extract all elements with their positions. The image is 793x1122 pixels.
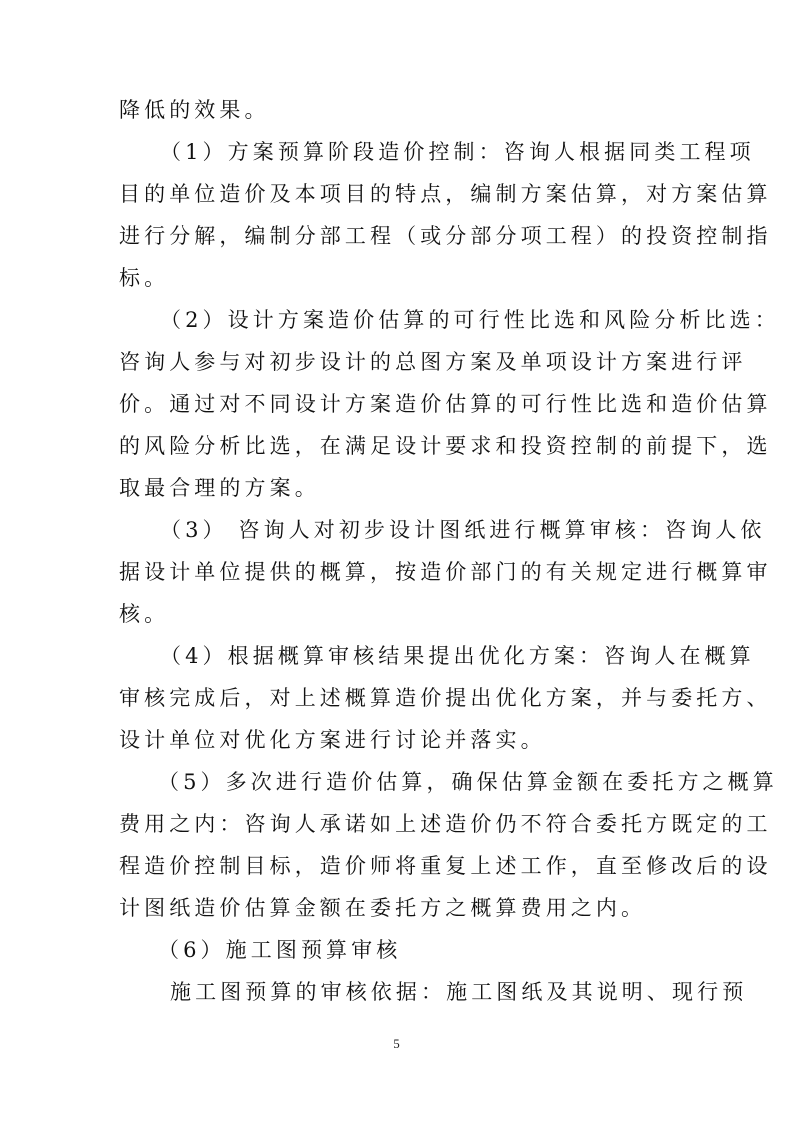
text-line: 取最合理的方案。 bbox=[119, 474, 679, 502]
paragraph-1-heading: （1）方案预算阶段造价控制：咨询人根据同类工程项 bbox=[160, 138, 720, 166]
text-line: 费用之内：咨询人承诺如上述造价仍不符合委托方既定的工 bbox=[119, 810, 679, 838]
paragraph-2-heading: （2）设计方案造价估算的可行性比选和风险分析比选： bbox=[160, 306, 720, 334]
page-number: 5 bbox=[0, 1036, 793, 1052]
text-line: 审核完成后，对上述概算造价提出优化方案，并与委托方、 bbox=[119, 684, 679, 712]
text-line: 进行分解，编制分部工程（或分部分项工程）的投资控制指 bbox=[119, 222, 679, 250]
paragraph-5-heading: （5）多次进行造价估算，确保估算金额在委托方之概算 bbox=[158, 768, 718, 796]
text-line: 设计单位对优化方案进行讨论并落实。 bbox=[119, 726, 679, 754]
paragraph-3-heading: （3） 咨询人对初步设计图纸进行概算审核：咨询人依 bbox=[160, 516, 720, 544]
text-line: 据设计单位提供的概算，按造价部门的有关规定进行概算审 bbox=[119, 558, 679, 586]
text-line: 价。通过对不同设计方案造价估算的可行性比选和造价估算 bbox=[119, 390, 679, 418]
text-line: 的风险分析比选，在满足设计要求和投资控制的前提下，选 bbox=[119, 432, 679, 460]
document-page: 降低的效果。 （1）方案预算阶段造价控制：咨询人根据同类工程项 目的单位造价及本… bbox=[0, 0, 793, 1122]
text-line: 程造价控制目标，造价师将重复上述工作，直至修改后的设 bbox=[119, 852, 679, 880]
text-line: 降低的效果。 bbox=[119, 96, 679, 124]
text-line: 标。 bbox=[119, 264, 679, 292]
paragraph-6-heading: （6）施工图预算审核 bbox=[158, 936, 718, 964]
text-line: 计图纸造价估算金额在委托方之概算费用之内。 bbox=[119, 894, 679, 922]
paragraph-4-heading: （4）根据概算审核结果提出优化方案：咨询人在概算 bbox=[160, 642, 720, 670]
text-line: 咨询人参与对初步设计的总图方案及单项设计方案进行评 bbox=[119, 348, 679, 376]
text-line: 核。 bbox=[119, 600, 679, 628]
text-line: 施工图预算的审核依据：施工图纸及其说明、现行预 bbox=[170, 978, 730, 1006]
text-line: 目的单位造价及本项目的特点，编制方案估算，对方案估算 bbox=[119, 180, 679, 208]
